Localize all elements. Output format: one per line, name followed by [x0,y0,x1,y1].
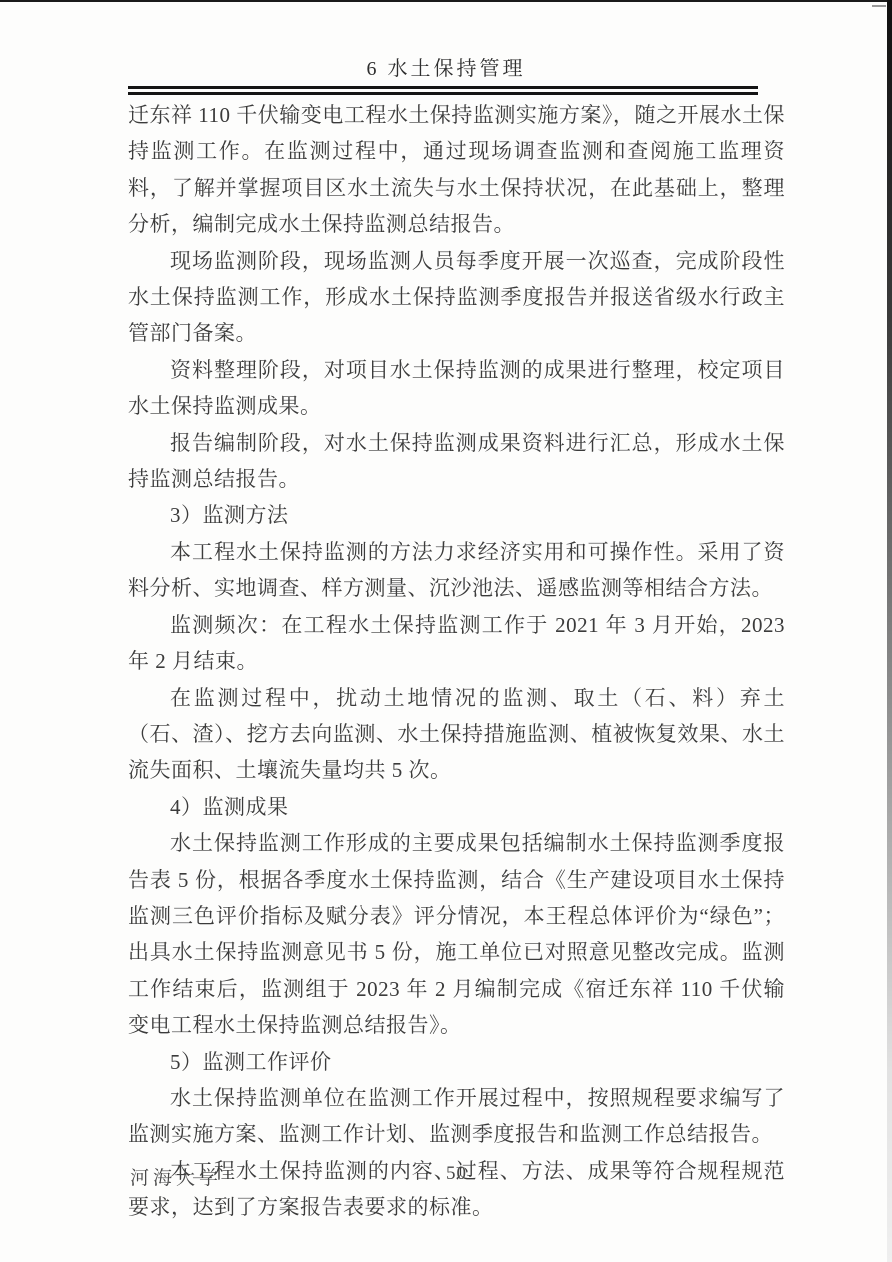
paragraph: 报告编制阶段，对水土保持监测成果资料进行汇总，形成水土保持监测总结报告。 [128,425,785,498]
header-double-rule [128,86,758,95]
scan-edge-right [887,0,892,1262]
paragraph: 监测频次：在工程水土保持监测工作于 2021 年 3 月开始，2023 年 2 … [128,607,785,680]
paragraph: 资料整理阶段，对项目水土保持监测的成果进行整理，校定项目水土保持监测成果。 [128,352,785,425]
running-head-title: 6 水土保持管理 [0,52,892,81]
section-heading-monitoring-methods: 3）监测方法 [128,497,785,533]
body-text: 迁东祥 110 千伏输变电工程水土保持监测实施方案》，随之开展水土保持监测工作。… [128,97,785,1226]
paragraph: 现场监测阶段，现场监测人员每季度开展一次巡查，完成阶段性水土保持监测工作，形成水… [128,243,785,352]
paragraph-continuation: 迁东祥 110 千伏输变电工程水土保持监测实施方案》，随之开展水土保持监测工作。… [128,97,785,243]
paragraph: 水土保持监测单位在监测工作开展过程中，按照规程要求编写了监测实施方案、监测工作计… [128,1080,785,1153]
scan-edge-top [0,0,892,2]
paragraph: 本工程水土保持监测的方法力求经济实用和可操作性。采用了资料分析、实地调查、样方测… [128,534,785,607]
paragraph: 在监测过程中，扰动土地情况的监测、取土（石、料）弃土 （石、渣）、挖方去向监测、… [128,680,785,789]
scan-smudge [872,5,886,7]
footer-page-number: 50 [128,1163,785,1185]
section-heading-monitoring-evaluation: 5）监测工作评价 [128,1044,785,1080]
document-page: 6 水土保持管理 迁东祥 110 千伏输变电工程水土保持监测实施方案》，随之开展… [0,0,892,1262]
page-footer: 河海大学 50 [128,1163,785,1191]
paragraph: 水土保持监测工作形成的主要成果包括编制水土保持监测季度报告表 5 份，根据各季度… [128,825,785,1043]
section-heading-monitoring-results: 4）监测成果 [128,789,785,825]
